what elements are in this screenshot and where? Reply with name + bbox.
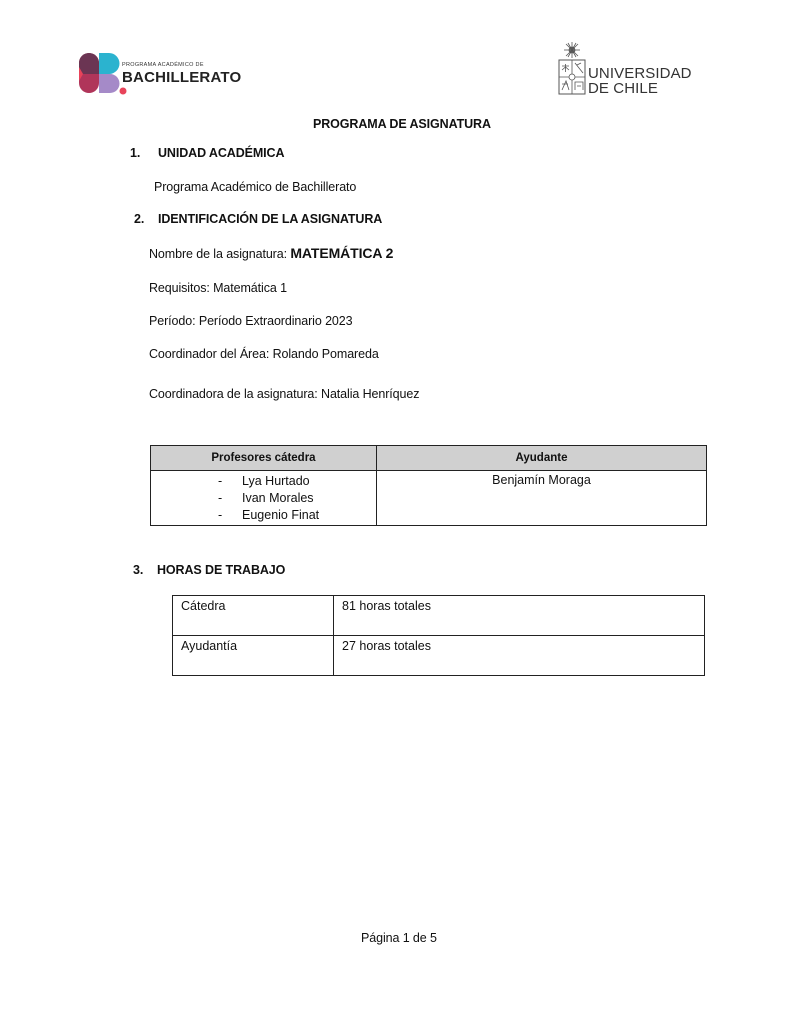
bullet-dash: - <box>218 490 242 507</box>
professor-name: Ivan Morales <box>242 491 314 505</box>
document-title: PROGRAMA DE ASIGNATURA <box>313 117 491 132</box>
assistant-cell: Benjamín Moraga <box>377 471 707 526</box>
staff-table-row: -Lya Hurtado -Ivan Morales -Eugenio Fina… <box>151 471 707 526</box>
staff-table: Profesores cátedra Ayudante -Lya Hurtado… <box>150 445 707 526</box>
logo-small-text: PROGRAMA ACADÉMICO DE <box>122 62 204 68</box>
academic-unit-value: Programa Académico de Bachillerato <box>154 180 356 195</box>
professors-list: -Lya Hurtado -Ivan Morales -Eugenio Fina… <box>151 473 376 524</box>
course-name-field: Nombre de la asignatura: MATEMÁTICA 2 <box>149 246 393 262</box>
table-row: Ayudantía 27 horas totales <box>173 636 705 676</box>
bachillerato-logo: PROGRAMA ACADÉMICO DE BACHILLERATO <box>79 53 249 95</box>
bachillerato-logo-icon <box>79 53 127 95</box>
table-row: Cátedra 81 horas totales <box>173 596 705 636</box>
course-name-value: MATEMÁTICA 2 <box>290 245 393 261</box>
universidad-de-chile-logo: UNIVERSIDAD DE CHILE <box>556 40 696 100</box>
area-coordinator-field: Coordinador del Área: Rolando Pomareda <box>149 347 379 362</box>
list-item: -Eugenio Finat <box>218 507 376 524</box>
bullet-dash: - <box>218 507 242 524</box>
section-2-number: 2. <box>134 212 144 227</box>
hours-table: Cátedra 81 horas totales Ayudantía 27 ho… <box>172 595 705 676</box>
section-2-heading: IDENTIFICACIÓN DE LA ASIGNATURA <box>158 212 382 227</box>
bullet-dash: - <box>218 473 242 490</box>
hours-value-cell: 81 horas totales <box>334 596 705 636</box>
hours-type-cell: Cátedra <box>173 596 334 636</box>
professor-name: Eugenio Finat <box>242 508 319 522</box>
requirements-field: Requisitos: Matemática 1 <box>149 281 287 296</box>
professors-header: Profesores cátedra <box>151 446 377 471</box>
professors-cell: -Lya Hurtado -Ivan Morales -Eugenio Fina… <box>151 471 377 526</box>
list-item: -Ivan Morales <box>218 490 376 507</box>
section-3-heading: HORAS DE TRABAJO <box>157 563 285 578</box>
professor-name: Lya Hurtado <box>242 474 310 488</box>
section-1-heading: UNIDAD ACADÉMICA <box>158 146 284 161</box>
hours-type-cell: Ayudantía <box>173 636 334 676</box>
university-name-line2: DE CHILE <box>588 80 658 97</box>
hours-value-cell: 27 horas totales <box>334 636 705 676</box>
course-coordinator-field: Coordinadora de la asignatura: Natalia H… <box>149 387 419 402</box>
page-number: Página 1 de 5 <box>361 931 437 946</box>
list-item: -Lya Hurtado <box>218 473 376 490</box>
staff-table-header-row: Profesores cátedra Ayudante <box>151 446 707 471</box>
course-name-label: Nombre de la asignatura: <box>149 247 290 261</box>
logo-big-text: BACHILLERATO <box>122 69 241 86</box>
section-3-number: 3. <box>133 563 143 578</box>
period-field: Período: Período Extraordinario 2023 <box>149 314 352 329</box>
assistant-header: Ayudante <box>377 446 707 471</box>
universidad-de-chile-crest-icon <box>556 40 588 96</box>
section-1-number: 1. <box>130 146 140 161</box>
